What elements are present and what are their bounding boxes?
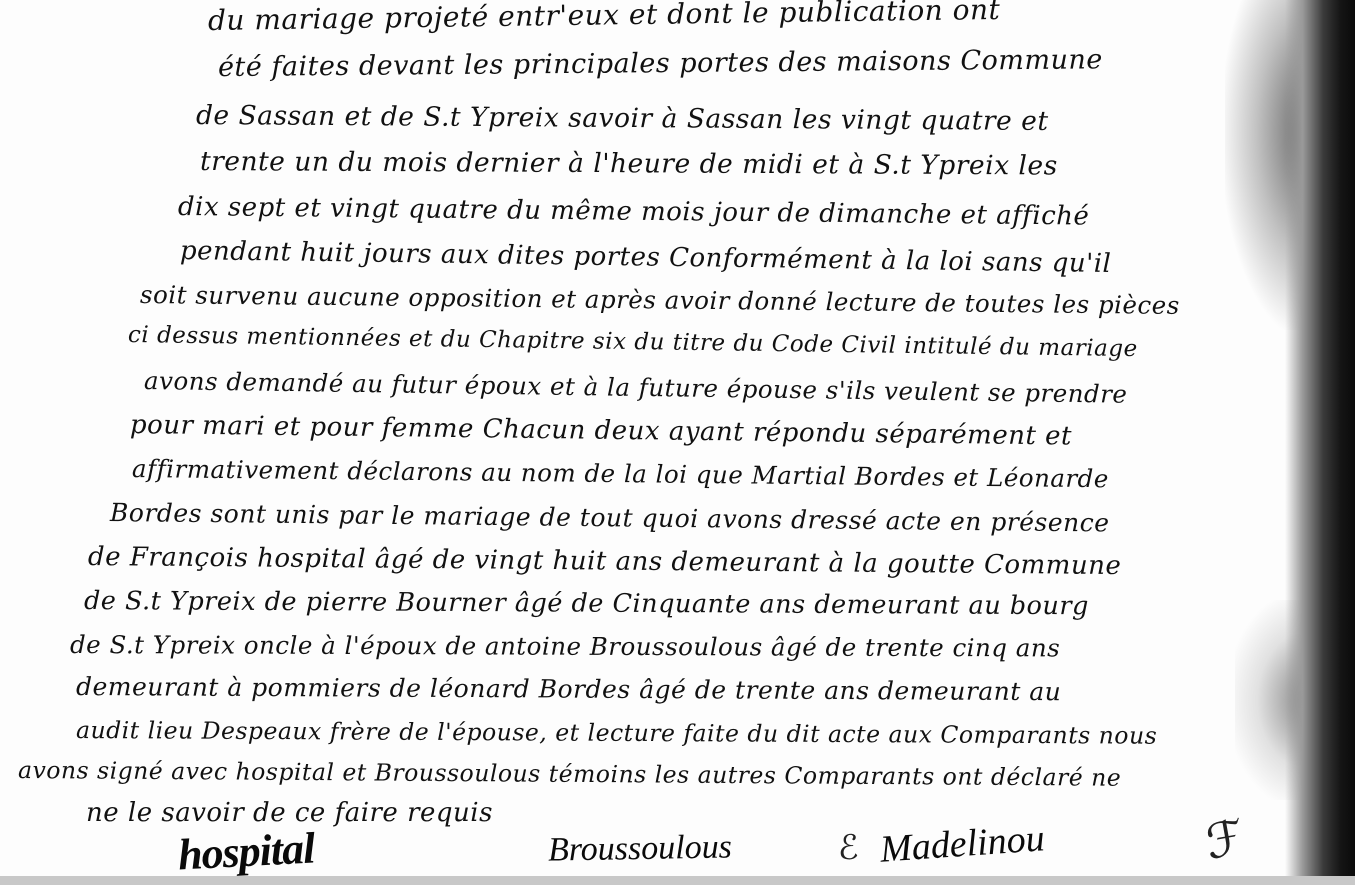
viewer-bottom-edge xyxy=(0,876,1355,885)
signature-flourish-icon: ℰ xyxy=(838,828,859,868)
text-line: été faites devant les principales portes… xyxy=(218,44,1103,83)
text-line: de François hospital âgé de vingt huit a… xyxy=(88,542,1122,581)
text-line: soit survenu aucune opposition et après … xyxy=(140,280,1180,320)
document-scan: du mariage projeté entr'eux et dont le p… xyxy=(0,0,1355,876)
text-line: pendant huit jours aux dites portes Conf… xyxy=(180,236,1112,279)
text-line: demeurant à pommiers de léonard Bordes â… xyxy=(76,672,1061,706)
text-line: ci dessus mentionnées et du Chapitre six… xyxy=(128,322,1138,362)
text-line: affirmativement déclarons au nom de la l… xyxy=(132,454,1109,493)
signature-mayor: Madelinou xyxy=(879,816,1046,871)
text-line: dix sept et vingt quatre du même mois jo… xyxy=(178,192,1090,232)
text-line: avons signé avec hospital et Broussoulou… xyxy=(18,756,1121,792)
text-line: pour mari et pour femme Chacun deux ayan… xyxy=(130,410,1072,452)
text-line: du mariage projeté entr'eux et dont le p… xyxy=(208,0,1001,37)
text-line: Bordes sont unis par le mariage de tout … xyxy=(110,498,1110,537)
text-line: de S.t Ypreix de pierre Bourner âgé de C… xyxy=(84,586,1089,621)
text-line: de Sassan et de S.t Ypreix savoir à Sass… xyxy=(196,100,1049,137)
signature-hospital: hospital xyxy=(177,822,316,876)
text-line: trente un du mois dernier à l'heure de m… xyxy=(200,146,1058,181)
page-binding-edge xyxy=(1285,0,1355,876)
text-line: de S.t Ypreix oncle à l'époux de antoine… xyxy=(70,630,1060,662)
text-line: avons demandé au futur époux et à la fut… xyxy=(144,366,1128,409)
text-line: audit lieu Despeaux frère de l'épouse, e… xyxy=(76,716,1157,750)
signature-paraph-icon: ℱ xyxy=(1201,809,1248,871)
signature-broussoulous: Broussoulous xyxy=(548,828,733,869)
